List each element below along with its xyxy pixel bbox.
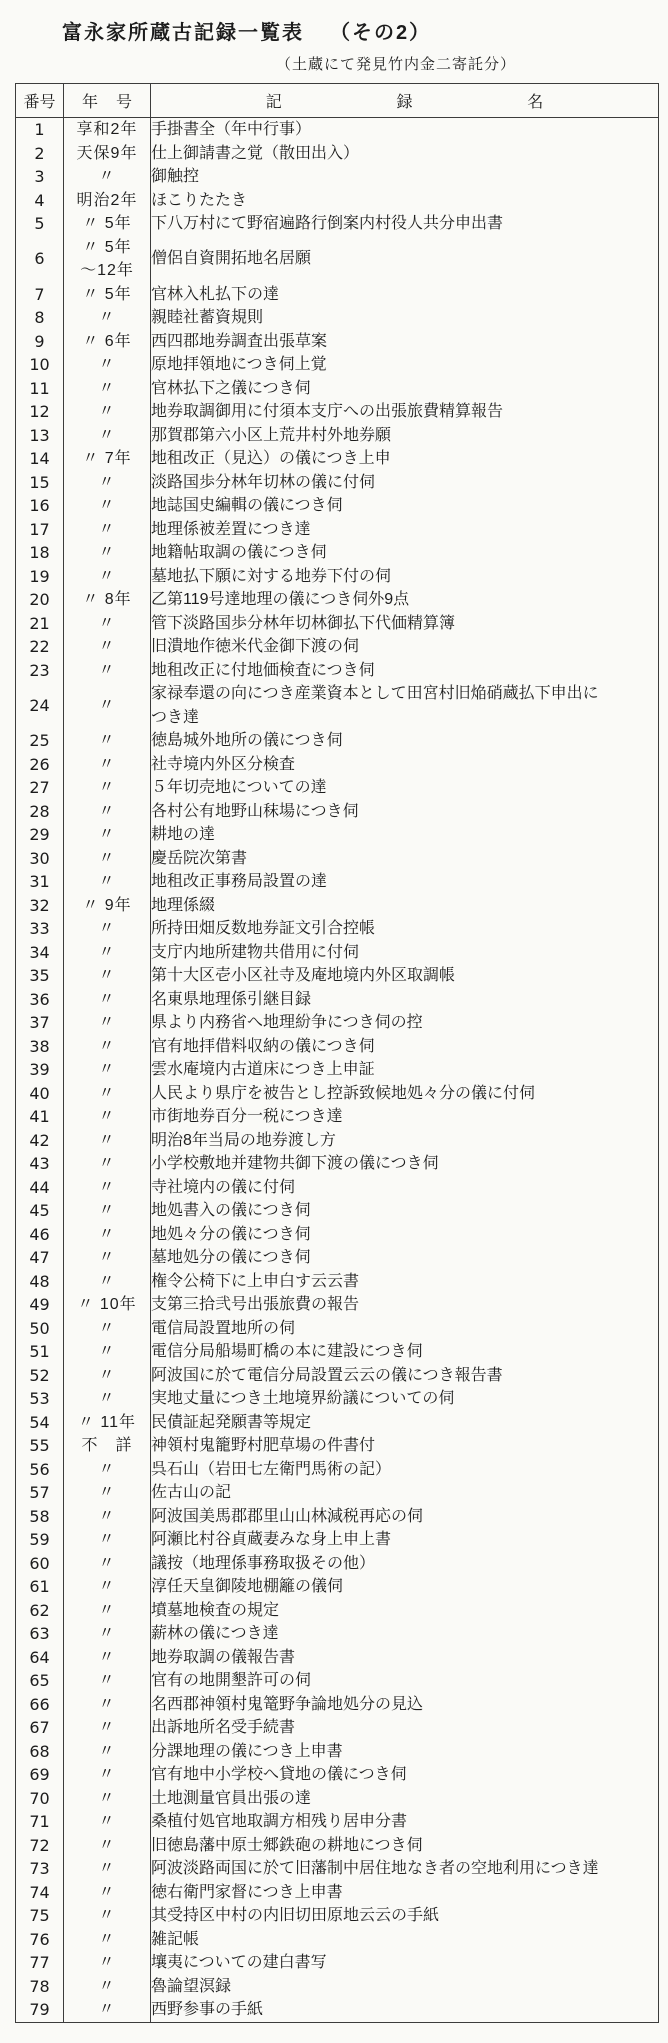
page-title: 富永家所蔵古記録一覧表 xyxy=(62,22,304,44)
row-number-cell: 66 xyxy=(16,1693,64,1717)
table-row: 65 〃 官有の地開墾許可の伺 xyxy=(16,1669,659,1693)
row-era-cell: 〃 xyxy=(64,1176,151,1200)
row-number-cell: 57 xyxy=(16,1481,64,1505)
row-era-cell: 〃 5年 xyxy=(64,212,151,236)
table-row: 11 〃 官林払下之儀につき伺 xyxy=(16,377,659,401)
row-number-cell: 62 xyxy=(16,1599,64,1623)
row-number-cell: 58 xyxy=(16,1505,64,1529)
table-row: 7 〃 5年 官林入札払下の達 xyxy=(16,283,659,307)
table-row: 12 〃 地券取調御用に付須本支庁への出張旅費精算報告 xyxy=(16,400,659,424)
header-era-char: 年 xyxy=(82,89,98,112)
table-row: 27 〃 ５年切売地についての達 xyxy=(16,776,659,800)
table-row: 73 〃 阿波淡路両国に於て旧藩制中居住地なき者の空地利用につき達 xyxy=(16,1857,659,1881)
table-row: 41 〃 市街地券百分一税につき達 xyxy=(16,1105,659,1129)
table-row: 50 〃 電信局設置地所の伺 xyxy=(16,1317,659,1341)
row-number-cell: 47 xyxy=(16,1246,64,1270)
row-record-name-cell: 雲水庵境内古道床につき上申証 xyxy=(151,1058,659,1082)
table-row: 53 〃 実地丈量につき土地境界紛議についての伺 xyxy=(16,1387,659,1411)
row-era-cell: 〃 xyxy=(64,1928,151,1952)
row-era-cell: 〃 xyxy=(64,1881,151,1905)
table-row: 22 〃 旧潰地作徳米代金御下渡の伺 xyxy=(16,635,659,659)
row-number-cell: 4 xyxy=(16,189,64,213)
table-row: 66 〃 名西郡神領村鬼篭野争論地処分の見込 xyxy=(16,1693,659,1717)
row-number-cell: 19 xyxy=(16,565,64,589)
row-era-cell: 〃 xyxy=(64,1082,151,1106)
row-record-name-cell: 民債証起発願書等規定 xyxy=(151,1411,659,1435)
row-number-cell: 55 xyxy=(16,1434,64,1458)
row-number-cell: 23 xyxy=(16,659,64,683)
row-era-cell: 〃 xyxy=(64,424,151,448)
row-era-cell: 〃 xyxy=(64,1810,151,1834)
row-record-name-cell: 旧徳島藩中原士郷鉄砲の耕地につき伺 xyxy=(151,1834,659,1858)
table-row: 35 〃 第十大区壱小区社寺及庵地境内外区取調帳 xyxy=(16,964,659,988)
table-row: 61 〃 淳任天皇御陵地棚籬の儀伺 xyxy=(16,1575,659,1599)
row-era-cell: 〃 xyxy=(64,165,151,189)
row-number-cell: 13 xyxy=(16,424,64,448)
row-number-cell: 76 xyxy=(16,1928,64,1952)
table-row: 56 〃 呉石山（岩田七左衛門馬術の記） xyxy=(16,1458,659,1482)
table-row: 51 〃 電信分局船場町橋の本に建設につき伺 xyxy=(16,1340,659,1364)
row-record-name-cell: ５年切売地についての達 xyxy=(151,776,659,800)
row-era-cell: 〃 8年 xyxy=(64,588,151,612)
row-record-name-cell: 権令公椅下に上申白す云云書 xyxy=(151,1270,659,1294)
row-era-cell: 〃 xyxy=(64,518,151,542)
row-number-cell: 48 xyxy=(16,1270,64,1294)
document-page: 富永家所蔵古記録一覧表（その2） （土蔵にて発見竹内金二寄託分） 番号 年号 記… xyxy=(0,0,668,2043)
row-number-cell: 56 xyxy=(16,1458,64,1482)
header-era-char: 号 xyxy=(116,89,132,112)
row-record-name-cell: 墓地払下願に対する地券下付の伺 xyxy=(151,565,659,589)
row-record-name-cell: 薪林の儀につき達 xyxy=(151,1622,659,1646)
table-row: 71 〃 桑植付処官地取調方相残り居申分書 xyxy=(16,1810,659,1834)
row-record-name-cell: 西四郡地券調査出張草案 xyxy=(151,330,659,354)
row-record-name-cell: 神領村鬼籠野村肥草場の件書付 xyxy=(151,1434,659,1458)
row-record-name-cell: 阿波国に於て電信分局設置云云の儀につき報告書 xyxy=(151,1364,659,1388)
row-number-cell: 22 xyxy=(16,635,64,659)
row-number-cell: 17 xyxy=(16,518,64,542)
row-record-name-cell: 実地丈量につき土地境界紛議についての伺 xyxy=(151,1387,659,1411)
table-row: 49 〃 10年 支第三拾弐号出張旅費の報告 xyxy=(16,1293,659,1317)
row-era-cell: 〃 xyxy=(64,1951,151,1975)
row-era-cell: 〃 xyxy=(64,565,151,589)
row-number-cell: 51 xyxy=(16,1340,64,1364)
row-era-cell: 〃 xyxy=(64,1152,151,1176)
row-record-name-cell: 支第三拾弐号出張旅費の報告 xyxy=(151,1293,659,1317)
table-row: 10 〃 原地拝領地につき伺上覚 xyxy=(16,353,659,377)
row-number-cell: 41 xyxy=(16,1105,64,1129)
table-row: 74 〃 徳右衛門家督につき上申書 xyxy=(16,1881,659,1905)
row-record-name-cell: 官林払下之儀につき伺 xyxy=(151,377,659,401)
row-era-cell: 明治2年 xyxy=(64,189,151,213)
row-era-cell: 〃 xyxy=(64,1011,151,1035)
row-number-cell: 74 xyxy=(16,1881,64,1905)
row-record-name-cell: 電信局設置地所の伺 xyxy=(151,1317,659,1341)
row-era-cell: 〃 xyxy=(64,1223,151,1247)
row-record-name-cell: 阿波国美馬郡郡里山山林減税再応の伺 xyxy=(151,1505,659,1529)
row-era-cell: 〃 9年 xyxy=(64,894,151,918)
row-number-cell: 7 xyxy=(16,283,64,307)
row-era-cell: 〃 xyxy=(64,1270,151,1294)
table-row: 59 〃 阿瀬比村谷貞蔵妻みな身上申上書 xyxy=(16,1528,659,1552)
row-era-cell: 〃 xyxy=(64,1387,151,1411)
row-number-cell: 67 xyxy=(16,1716,64,1740)
row-record-name-cell: 人民より県庁を被告とし控訴致候地処々分の儀に付伺 xyxy=(151,1082,659,1106)
header-record-name-text: 記録名 xyxy=(151,89,658,112)
row-era-cell: 〃 xyxy=(64,1505,151,1529)
row-record-name-cell: 仕上御請書之覚（散田出入） xyxy=(151,142,659,166)
row-number-cell: 73 xyxy=(16,1857,64,1881)
row-number-cell: 68 xyxy=(16,1740,64,1764)
row-number-cell: 12 xyxy=(16,400,64,424)
header-number: 番号 xyxy=(16,84,64,118)
row-era-cell: 〃 xyxy=(64,1364,151,1388)
header-record-name-char: 記 xyxy=(266,89,282,112)
row-record-name-cell: 慶岳院次第書 xyxy=(151,847,659,871)
row-record-name-cell: 原地拝領地につき伺上覚 xyxy=(151,353,659,377)
table-row: 9 〃 6年 西四郡地券調査出張草案 xyxy=(16,330,659,354)
row-era-cell: 〃 xyxy=(64,870,151,894)
row-number-cell: 79 xyxy=(16,1998,64,2022)
row-era-cell: 〃 xyxy=(64,1787,151,1811)
row-era-cell: 〃 xyxy=(64,377,151,401)
row-era-cell: 〃 xyxy=(64,1669,151,1693)
table-row: 4 明治2年 ほこりたたき xyxy=(16,189,659,213)
row-era-cell: 〃 10年 xyxy=(64,1293,151,1317)
row-number-cell: 72 xyxy=(16,1834,64,1858)
row-record-name-cell: 土地測量官員出張の達 xyxy=(151,1787,659,1811)
table-row: 76 〃 雑記帳 xyxy=(16,1928,659,1952)
row-era-cell: 〃 xyxy=(64,306,151,330)
row-number-cell: 70 xyxy=(16,1787,64,1811)
row-era-cell: 〃 xyxy=(64,729,151,753)
page-subtitle: （土蔵にて発見竹内金二寄託分） xyxy=(0,53,668,74)
row-number-cell: 35 xyxy=(16,964,64,988)
row-era-cell: 〃 xyxy=(64,1552,151,1576)
table-row: 32 〃 9年 地理係綴 xyxy=(16,894,659,918)
records-table-body: 1 享和2年 手掛書全（年中行事） 2 天保9年 仕上御請書之覚（散田出入） 3… xyxy=(16,118,659,2023)
table-row: 77 〃 壤夷についての建白書写 xyxy=(16,1951,659,1975)
row-era-cell: 〃 xyxy=(64,1528,151,1552)
row-era-cell: 〃 xyxy=(64,471,151,495)
row-record-name-cell: 家禄奉還の向につき産業資本として田宮村旧焔硝蔵払下申出に つき達 xyxy=(151,682,659,729)
row-number-cell: 77 xyxy=(16,1951,64,1975)
table-row: 70 〃 土地測量官員出張の達 xyxy=(16,1787,659,1811)
row-number-cell: 45 xyxy=(16,1199,64,1223)
row-era-cell: 〃 xyxy=(64,635,151,659)
row-record-name-cell: 電信分局船場町橋の本に建設につき伺 xyxy=(151,1340,659,1364)
row-record-name-cell: 管下淡路国歩分林年切林御払下代価精算簿 xyxy=(151,612,659,636)
row-era-cell: 〃 xyxy=(64,612,151,636)
table-row: 17 〃 地理係被差置につき達 xyxy=(16,518,659,542)
row-record-name-cell: 淳任天皇御陵地棚籬の儀伺 xyxy=(151,1575,659,1599)
row-era-cell: 〃 xyxy=(64,1904,151,1928)
row-number-cell: 34 xyxy=(16,941,64,965)
table-row: 23 〃 地租改正に付地価検査につき伺 xyxy=(16,659,659,683)
row-record-name-cell: 地処々分の儀につき伺 xyxy=(151,1223,659,1247)
table-row: 20 〃 8年 乙第119号達地理の儀につき伺外9点 xyxy=(16,588,659,612)
row-record-name-cell: 桑植付処官地取調方相残り居申分書 xyxy=(151,1810,659,1834)
row-record-name-cell: 耕地の達 xyxy=(151,823,659,847)
row-record-name-cell: 壤夷についての建白書写 xyxy=(151,1951,659,1975)
header-era-text: 年号 xyxy=(64,89,150,112)
row-record-name-cell: 官有の地開墾許可の伺 xyxy=(151,1669,659,1693)
table-row: 72 〃 旧徳島藩中原士郷鉄砲の耕地につき伺 xyxy=(16,1834,659,1858)
table-row: 43 〃 小学校敷地并建物共御下渡の儀につき伺 xyxy=(16,1152,659,1176)
table-row: 39 〃 雲水庵境内古道床につき上申証 xyxy=(16,1058,659,1082)
row-era-cell: 〃 xyxy=(64,659,151,683)
row-number-cell: 30 xyxy=(16,847,64,871)
row-era-cell: 〃 xyxy=(64,1599,151,1623)
row-number-cell: 50 xyxy=(16,1317,64,1341)
row-era-cell: 〃 5年 ～12年 xyxy=(64,236,151,283)
row-number-cell: 60 xyxy=(16,1552,64,1576)
row-record-name-cell: 地租改正事務局設置の達 xyxy=(151,870,659,894)
row-number-cell: 78 xyxy=(16,1975,64,1999)
row-era-cell: 〃 xyxy=(64,823,151,847)
row-record-name-cell: 社寺境内外区分検査 xyxy=(151,753,659,777)
table-row: 29 〃 耕地の達 xyxy=(16,823,659,847)
records-table: 番号 年号 記録名 1 享和2年 手掛書全（年中行事） 2 天保9年 仕上御請書… xyxy=(15,83,659,2023)
row-record-name-cell: 下八万村にて野宿遍路行倒案内村役人共分申出書 xyxy=(151,212,659,236)
table-row: 54 〃 11年 民債証起発願書等規定 xyxy=(16,1411,659,1435)
row-record-name-cell: 官有地拝借料収納の儀につき伺 xyxy=(151,1035,659,1059)
table-header-row: 番号 年号 記録名 xyxy=(16,84,659,118)
row-record-name-cell: 地処書入の儀につき伺 xyxy=(151,1199,659,1223)
row-number-cell: 64 xyxy=(16,1646,64,1670)
row-era-cell: 〃 xyxy=(64,1340,151,1364)
row-era-cell: 天保9年 xyxy=(64,142,151,166)
table-row: 18 〃 地籍帖取調の儀につき伺 xyxy=(16,541,659,565)
row-record-name-cell: 墳墓地検査の規定 xyxy=(151,1599,659,1623)
row-era-cell: 〃 xyxy=(64,847,151,871)
row-number-cell: 54 xyxy=(16,1411,64,1435)
header-record-name-char: 名 xyxy=(527,89,543,112)
row-record-name-cell: 地租改正（見込）の儀につき上申 xyxy=(151,447,659,471)
row-number-cell: 46 xyxy=(16,1223,64,1247)
row-era-cell: 〃 xyxy=(64,1975,151,1999)
table-row: 26 〃 社寺境内外区分検査 xyxy=(16,753,659,777)
row-number-cell: 42 xyxy=(16,1129,64,1153)
row-record-name-cell: 地券取調御用に付須本支庁への出張旅費精算報告 xyxy=(151,400,659,424)
row-number-cell: 32 xyxy=(16,894,64,918)
row-number-cell: 3 xyxy=(16,165,64,189)
row-number-cell: 44 xyxy=(16,1176,64,1200)
row-number-cell: 11 xyxy=(16,377,64,401)
row-record-name-cell: 寺社境内の儀に付伺 xyxy=(151,1176,659,1200)
row-record-name-cell: 明治8年当局の地券渡し方 xyxy=(151,1129,659,1153)
table-row: 2 天保9年 仕上御請書之覚（散田出入） xyxy=(16,142,659,166)
table-row: 48 〃 権令公椅下に上申白す云云書 xyxy=(16,1270,659,1294)
row-era-cell: 〃 xyxy=(64,1834,151,1858)
table-row: 14 〃 7年 地租改正（見込）の儀につき上申 xyxy=(16,447,659,471)
row-record-name-cell: 呉石山（岩田七左衛門馬術の記） xyxy=(151,1458,659,1482)
row-record-name-cell: 地理係被差置につき達 xyxy=(151,518,659,542)
row-era-cell: 〃 xyxy=(64,1857,151,1881)
row-number-cell: 1 xyxy=(16,118,64,142)
row-era-cell: 〃 xyxy=(64,1105,151,1129)
row-era-cell: 享和2年 xyxy=(64,118,151,142)
row-record-name-cell: 分課地理の儀につき上申書 xyxy=(151,1740,659,1764)
row-era-cell: 〃 7年 xyxy=(64,447,151,471)
table-row: 6 〃 5年 ～12年 僧侶自資開拓地名居願 xyxy=(16,236,659,283)
row-record-name-cell: 其受持区中村の内旧切田原地云云の手紙 xyxy=(151,1904,659,1928)
table-row: 3 〃 御触控 xyxy=(16,165,659,189)
row-era-cell: 〃 xyxy=(64,1129,151,1153)
row-era-cell: 〃 xyxy=(64,800,151,824)
row-era-cell: 〃 xyxy=(64,1998,151,2022)
table-row: 68 〃 分課地理の儀につき上申書 xyxy=(16,1740,659,1764)
row-number-cell: 24 xyxy=(16,682,64,729)
row-era-cell: 〃 xyxy=(64,353,151,377)
table-row: 67 〃 出訴地所名受手続書 xyxy=(16,1716,659,1740)
row-era-cell: 〃 11年 xyxy=(64,1411,151,1435)
row-era-cell: 〃 xyxy=(64,1317,151,1341)
row-record-name-cell: 地租改正に付地価検査につき伺 xyxy=(151,659,659,683)
row-record-name-cell: 雑記帳 xyxy=(151,1928,659,1952)
row-record-name-cell: 支庁内地所建物共借用に付伺 xyxy=(151,941,659,965)
row-number-cell: 65 xyxy=(16,1669,64,1693)
row-number-cell: 43 xyxy=(16,1152,64,1176)
row-record-name-cell: 阿瀬比村谷貞蔵妻みな身上申上書 xyxy=(151,1528,659,1552)
row-record-name-cell: 徳右衛門家督につき上申書 xyxy=(151,1881,659,1905)
row-era-cell: 〃 xyxy=(64,1575,151,1599)
row-era-cell: 〃 xyxy=(64,1199,151,1223)
table-row: 78 〃 魯論望溟録 xyxy=(16,1975,659,1999)
row-number-cell: 31 xyxy=(16,870,64,894)
table-row: 34 〃 支庁内地所建物共借用に付伺 xyxy=(16,941,659,965)
row-record-name-cell: 小学校敷地并建物共御下渡の儀につき伺 xyxy=(151,1152,659,1176)
row-era-cell: 〃 xyxy=(64,400,151,424)
row-era-cell: 〃 xyxy=(64,1693,151,1717)
table-row: 79 〃 西野参事の手紙 xyxy=(16,1998,659,2022)
row-era-cell: 〃 6年 xyxy=(64,330,151,354)
row-number-cell: 5 xyxy=(16,212,64,236)
row-number-cell: 26 xyxy=(16,753,64,777)
table-row: 57 〃 佐古山の記 xyxy=(16,1481,659,1505)
row-number-cell: 6 xyxy=(16,236,64,283)
table-row: 37 〃 県より内務省へ地理紛争につき伺の控 xyxy=(16,1011,659,1035)
row-number-cell: 71 xyxy=(16,1810,64,1834)
title-row: 富永家所蔵古記録一覧表（その2） xyxy=(0,0,668,45)
row-number-cell: 49 xyxy=(16,1293,64,1317)
row-era-cell: 不 詳 xyxy=(64,1434,151,1458)
header-record-name: 記録名 xyxy=(151,84,659,118)
row-number-cell: 10 xyxy=(16,353,64,377)
table-row: 28 〃 各村公有地野山秣場につき伺 xyxy=(16,800,659,824)
row-record-name-cell: 僧侶自資開拓地名居願 xyxy=(151,236,659,283)
table-row: 25 〃 徳島城外地所の儀につき伺 xyxy=(16,729,659,753)
row-era-cell: 〃 xyxy=(64,541,151,565)
row-record-name-cell: 親睦社蓄資規則 xyxy=(151,306,659,330)
table-row: 13 〃 那賀郡第六小区上荒井村外地券願 xyxy=(16,424,659,448)
row-number-cell: 20 xyxy=(16,588,64,612)
table-row: 60 〃 議按（地理係事務取扱その他） xyxy=(16,1552,659,1576)
row-number-cell: 39 xyxy=(16,1058,64,1082)
row-record-name-cell: 地券取調の儀報告書 xyxy=(151,1646,659,1670)
row-era-cell: 〃 xyxy=(64,988,151,1012)
row-record-name-cell: ほこりたたき xyxy=(151,189,659,213)
row-era-cell: 〃 xyxy=(64,1763,151,1787)
table-row: 58 〃 阿波国美馬郡郡里山山林減税再応の伺 xyxy=(16,1505,659,1529)
row-number-cell: 33 xyxy=(16,917,64,941)
row-number-cell: 61 xyxy=(16,1575,64,1599)
row-number-cell: 59 xyxy=(16,1528,64,1552)
row-era-cell: 〃 xyxy=(64,753,151,777)
records-table-head: 番号 年号 記録名 xyxy=(16,84,659,118)
table-row: 31 〃 地租改正事務局設置の達 xyxy=(16,870,659,894)
row-number-cell: 63 xyxy=(16,1622,64,1646)
row-era-cell: 〃 xyxy=(64,1058,151,1082)
table-row: 38 〃 官有地拝借料収納の儀につき伺 xyxy=(16,1035,659,1059)
row-era-cell: 〃 xyxy=(64,1481,151,1505)
table-row: 30 〃 慶岳院次第書 xyxy=(16,847,659,871)
row-number-cell: 29 xyxy=(16,823,64,847)
row-record-name-cell: 官林入札払下の達 xyxy=(151,283,659,307)
table-row: 63 〃 薪林の儀につき達 xyxy=(16,1622,659,1646)
table-row: 15 〃 淡路国歩分林年切林の儀に付伺 xyxy=(16,471,659,495)
table-row: 33 〃 所持田畑反数地券証文引合控帳 xyxy=(16,917,659,941)
row-era-cell: 〃 xyxy=(64,917,151,941)
row-record-name-cell: 名東県地理係引継目録 xyxy=(151,988,659,1012)
table-row: 8 〃 親睦社蓄資規則 xyxy=(16,306,659,330)
row-record-name-cell: 出訴地所名受手続書 xyxy=(151,1716,659,1740)
row-era-cell: 〃 5年 xyxy=(64,283,151,307)
row-era-cell: 〃 xyxy=(64,1716,151,1740)
row-record-name-cell: 魯論望溟録 xyxy=(151,1975,659,1999)
row-number-cell: 69 xyxy=(16,1763,64,1787)
row-record-name-cell: 名西郡神領村鬼篭野争論地処分の見込 xyxy=(151,1693,659,1717)
table-row: 52 〃 阿波国に於て電信分局設置云云の儀につき報告書 xyxy=(16,1364,659,1388)
row-record-name-cell: 議按（地理係事務取扱その他） xyxy=(151,1552,659,1576)
row-record-name-cell: 手掛書全（年中行事） xyxy=(151,118,659,142)
row-era-cell: 〃 xyxy=(64,1740,151,1764)
row-era-cell: 〃 xyxy=(64,1458,151,1482)
row-record-name-cell: 第十大区壱小区社寺及庵地境内外区取調帳 xyxy=(151,964,659,988)
row-number-cell: 36 xyxy=(16,988,64,1012)
row-record-name-cell: 阿波淡路両国に於て旧藩制中居住地なき者の空地利用につき達 xyxy=(151,1857,659,1881)
header-era: 年号 xyxy=(64,84,151,118)
table-row: 55 不 詳 神領村鬼籠野村肥草場の件書付 xyxy=(16,1434,659,1458)
table-row: 62 〃 墳墓地検査の規定 xyxy=(16,1599,659,1623)
row-number-cell: 37 xyxy=(16,1011,64,1035)
row-record-name-cell: 官有地中小学校へ貸地の儀につき伺 xyxy=(151,1763,659,1787)
table-row: 45 〃 地処書入の儀につき伺 xyxy=(16,1199,659,1223)
table-row: 16 〃 地誌国史編輯の儀につき伺 xyxy=(16,494,659,518)
table-row: 44 〃 寺社境内の儀に付伺 xyxy=(16,1176,659,1200)
row-number-cell: 40 xyxy=(16,1082,64,1106)
table-row: 42 〃 明治8年当局の地券渡し方 xyxy=(16,1129,659,1153)
row-record-name-cell: 徳島城外地所の儀につき伺 xyxy=(151,729,659,753)
row-record-name-cell: 佐古山の記 xyxy=(151,1481,659,1505)
table-row: 21 〃 管下淡路国歩分林年切林御払下代価精算簿 xyxy=(16,612,659,636)
row-record-name-cell: 那賀郡第六小区上荒井村外地券願 xyxy=(151,424,659,448)
row-number-cell: 14 xyxy=(16,447,64,471)
row-record-name-cell: 県より内務省へ地理紛争につき伺の控 xyxy=(151,1011,659,1035)
row-era-cell: 〃 xyxy=(64,941,151,965)
row-era-cell: 〃 xyxy=(64,964,151,988)
row-record-name-cell: 乙第119号達地理の儀につき伺外9点 xyxy=(151,588,659,612)
table-row: 5 〃 5年 下八万村にて野宿遍路行倒案内村役人共分申出書 xyxy=(16,212,659,236)
row-record-name-cell: 御触控 xyxy=(151,165,659,189)
row-number-cell: 15 xyxy=(16,471,64,495)
row-era-cell: 〃 xyxy=(64,1622,151,1646)
table-row: 36 〃 名東県地理係引継目録 xyxy=(16,988,659,1012)
table-row: 75 〃 其受持区中村の内旧切田原地云云の手紙 xyxy=(16,1904,659,1928)
row-number-cell: 2 xyxy=(16,142,64,166)
row-number-cell: 28 xyxy=(16,800,64,824)
row-record-name-cell: 所持田畑反数地券証文引合控帳 xyxy=(151,917,659,941)
row-number-cell: 27 xyxy=(16,776,64,800)
